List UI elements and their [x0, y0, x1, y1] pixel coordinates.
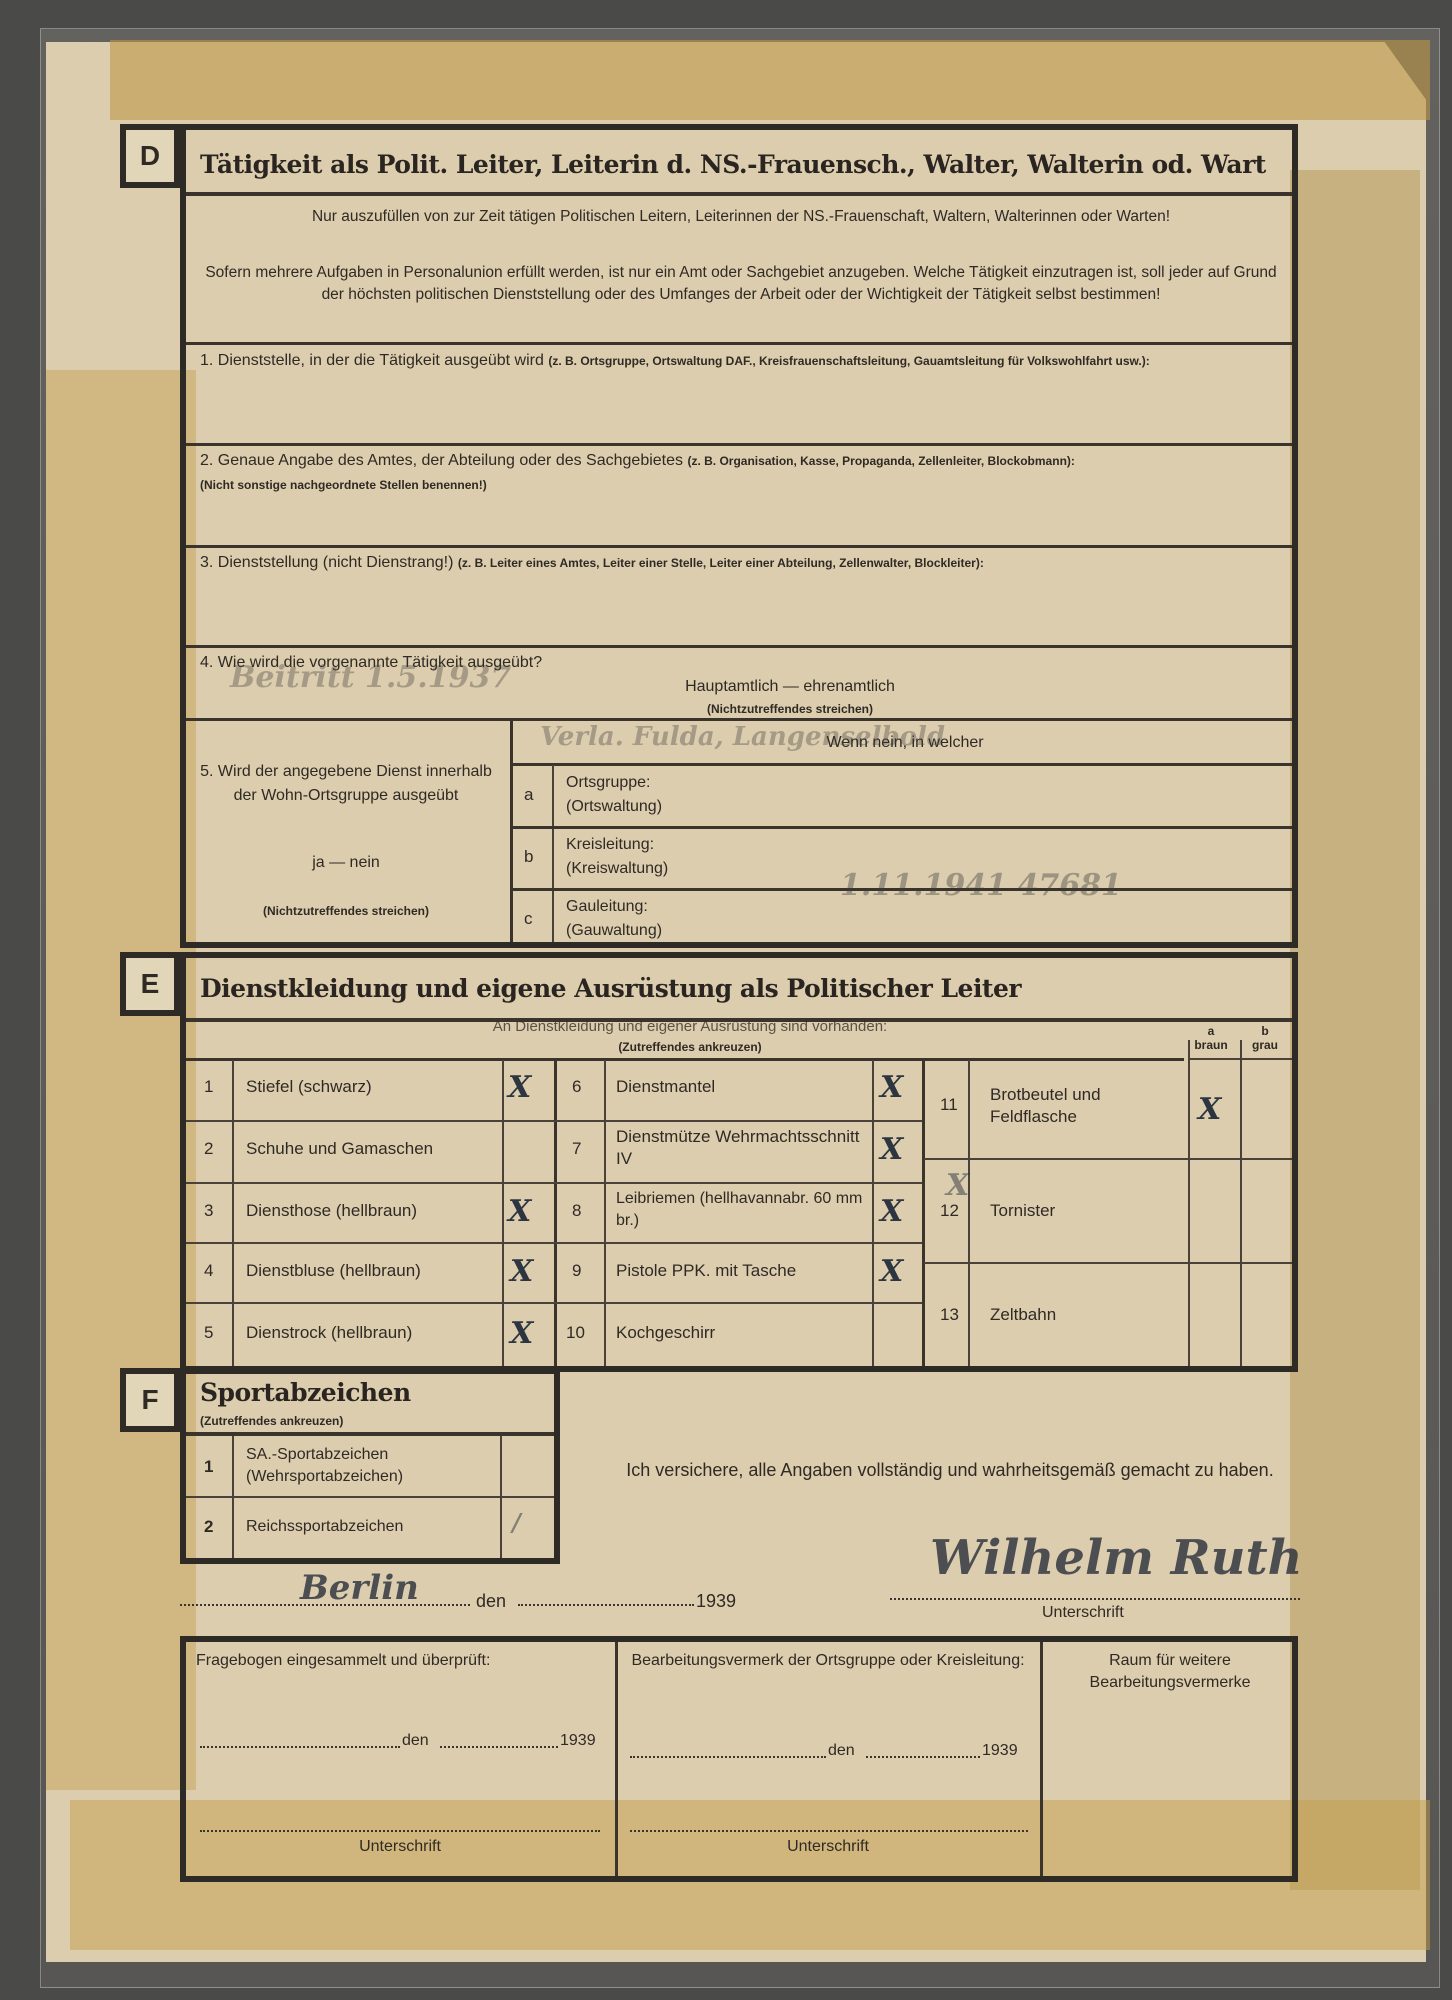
- divider: [502, 1060, 504, 1366]
- item-label: Tornister: [990, 1200, 1055, 1222]
- item-label: Zeltbahn: [990, 1304, 1056, 1326]
- col2-date-field[interactable]: [866, 1756, 980, 1758]
- item-label: Leibriemen (hellhavannabr. 60 mm br.): [616, 1188, 872, 1232]
- col2-place-field[interactable]: [630, 1756, 826, 1758]
- den-label: den: [476, 1590, 506, 1612]
- item-number: 5: [204, 1322, 213, 1344]
- processing-col1-title: Fragebogen eingesammelt und überprüft:: [196, 1650, 610, 1672]
- section-d-intro-1: Nur auszufüllen von zur Zeit tätigen Pol…: [196, 206, 1286, 228]
- declaration-text: Ich versichere, alle Angaben vollständig…: [600, 1456, 1300, 1484]
- question-4-options[interactable]: Hauptamtlich — ehrenamtlich: [600, 676, 980, 698]
- col1-year: 1939: [560, 1730, 596, 1752]
- col1-den: den: [402, 1730, 429, 1752]
- divider: [1240, 1040, 1242, 1366]
- col1-place-field[interactable]: [200, 1746, 400, 1748]
- divider: [615, 1642, 618, 1876]
- question-1-hint: (z. B. Ortsgruppe, Ortswaltung DAF., Kre…: [548, 354, 1149, 368]
- item-checkbox[interactable]: [880, 1316, 920, 1352]
- divider: [186, 1120, 922, 1122]
- item-label: Dienstrock (hellbraun): [246, 1322, 412, 1344]
- row-label: Ortsgruppe:: [566, 772, 650, 794]
- divider: [186, 1058, 1184, 1061]
- item-checkbox[interactable]: [506, 1446, 550, 1488]
- question-4-note: (Nichtzutreffendes streichen): [600, 698, 980, 720]
- col1-date-field[interactable]: [440, 1746, 558, 1748]
- col2-den: den: [828, 1740, 855, 1762]
- item-number: 13: [940, 1304, 959, 1326]
- divider: [232, 1060, 234, 1366]
- bleed-through-text-2: Verla. Fulda, Langenselbold: [540, 722, 945, 752]
- item-number: 1: [204, 1456, 213, 1478]
- section-e-note: (Zutreffendes ankreuzen): [200, 1036, 1180, 1058]
- item-number: 9: [572, 1260, 581, 1282]
- item-number: 3: [204, 1200, 213, 1222]
- row-key: b: [524, 846, 533, 868]
- row-key: c: [524, 908, 533, 930]
- item-checkbox[interactable]: X: [510, 1254, 533, 1289]
- divider: [872, 1060, 874, 1366]
- item-number: 8: [572, 1200, 581, 1222]
- item-checkbox-braun[interactable]: [1196, 1296, 1236, 1332]
- section-e-letter: E: [120, 952, 180, 1016]
- item-number: 7: [572, 1138, 581, 1160]
- divider: [186, 1242, 922, 1244]
- question-3-label: 3. Dienststellung (nicht Dienstrang!): [200, 554, 453, 571]
- item-checkbox[interactable]: X: [880, 1194, 903, 1229]
- processing-col2-title: Bearbeitungsvermerk der Ortsgruppe oder …: [622, 1650, 1034, 1672]
- item-checkbox-braun[interactable]: [1192, 1164, 1236, 1258]
- signature-label: Unterschrift: [1042, 1602, 1124, 1624]
- divider: [512, 763, 1292, 766]
- divider: [968, 1060, 970, 1366]
- divider: [186, 645, 1292, 648]
- divider: [922, 1060, 925, 1366]
- col2-signature-label: Unterschrift: [622, 1836, 1034, 1858]
- column-a-key: a: [1188, 1024, 1234, 1038]
- question-5-note: (Nichtzutreffendes streichen): [196, 900, 496, 922]
- divider: [186, 1432, 554, 1436]
- bleed-through-text-3: 1.11.1941 47681: [840, 868, 1122, 903]
- question-3-answer-field[interactable]: [200, 580, 1280, 640]
- divider: [186, 1496, 554, 1498]
- divider: [552, 765, 554, 942]
- signature-handwritten: Wilhelm Ruth: [930, 1530, 1303, 1586]
- item-checkbox[interactable]: X: [880, 1132, 903, 1167]
- item-checkbox[interactable]: X: [508, 1070, 531, 1105]
- question-2-hint: (z. B. Organisation, Kasse, Propaganda, …: [687, 454, 1074, 468]
- item-label: Dienstbluse (hellbraun): [246, 1260, 421, 1282]
- item-number: 12: [940, 1200, 959, 1222]
- section-d-title: Tätigkeit als Polit. Leiter, Leiterin d.…: [200, 150, 1266, 179]
- item-number: 10: [566, 1322, 585, 1344]
- item-number: 2: [204, 1516, 213, 1538]
- item-label: Reichssportabzeichen: [246, 1516, 403, 1538]
- question-3: 3. Dienststellung (nicht Dienstrang!) (z…: [200, 552, 1280, 574]
- row-label: Gauleitung:: [566, 896, 648, 918]
- signature-field[interactable]: [890, 1598, 1300, 1600]
- divider: [1188, 1040, 1190, 1366]
- ortsgruppe-field[interactable]: [720, 768, 1290, 824]
- item-number: 2: [204, 1138, 213, 1160]
- divider: [924, 1262, 1292, 1264]
- bleed-through-text-1: Beitritt 1.5.1937: [230, 660, 511, 695]
- questionnaire-form: D Tätigkeit als Polit. Leiter, Leiterin …: [0, 0, 1452, 2000]
- question-5-label: 5. Wird der angegebene Dienst innerhalb …: [196, 760, 496, 808]
- question-1-label: 1. Dienststelle, in der die Tätigkeit au…: [200, 352, 544, 369]
- item-checkbox[interactable]: /: [512, 1508, 521, 1537]
- year-label: 1939: [696, 1590, 736, 1612]
- section-e-subtitle: An Dienstkleidung und eigener Ausrüstung…: [200, 1018, 1180, 1036]
- divider: [186, 718, 1292, 721]
- divider: [554, 1060, 557, 1366]
- date-field[interactable]: [518, 1604, 694, 1606]
- divider: [186, 443, 1292, 446]
- item-label: SA.-Sportabzeichen (Wehrsportabzeichen): [246, 1444, 496, 1488]
- question-5-options[interactable]: ja — nein: [196, 852, 496, 874]
- processing-col3-title: Raum für weitere Bearbeitungsvermerke: [1048, 1650, 1292, 1694]
- item-label: Dienstmütze Wehrmachtsschnitt IV: [616, 1126, 866, 1170]
- question-2-answer-field[interactable]: [200, 498, 1280, 540]
- item-mark: X: [946, 1168, 969, 1203]
- item-label: Kochgeschirr: [616, 1322, 715, 1344]
- item-checkbox[interactable]: [508, 1132, 548, 1168]
- item-label: Diensthose (hellbraun): [246, 1200, 417, 1222]
- item-label: Stiefel (schwarz): [246, 1076, 372, 1098]
- row-label: Kreisleitung:: [566, 834, 654, 856]
- col2-signature-field[interactable]: [630, 1830, 1028, 1832]
- notes-field[interactable]: [1050, 1700, 1290, 1870]
- row-sub: (Kreiswaltung): [566, 858, 668, 880]
- item-checkbox-grau[interactable]: [1250, 1092, 1286, 1128]
- divider: [186, 545, 1292, 548]
- section-f-letter: F: [120, 1368, 180, 1432]
- item-label: Dienstmantel: [616, 1076, 715, 1098]
- question-2-label: 2. Genaue Angabe des Amtes, der Abteilun…: [200, 452, 683, 469]
- column-b-key: b: [1240, 1024, 1290, 1038]
- item-checkbox[interactable]: X: [510, 1316, 533, 1351]
- item-number: 1: [204, 1076, 213, 1098]
- divider: [1040, 1642, 1043, 1876]
- item-checkbox-braun[interactable]: X: [1198, 1092, 1221, 1127]
- col1-signature-label: Unterschrift: [190, 1836, 610, 1858]
- section-letter-text: D: [140, 140, 160, 172]
- divider: [604, 1060, 606, 1366]
- item-checkbox-grau[interactable]: [1244, 1164, 1288, 1258]
- col1-signature-field[interactable]: [200, 1830, 600, 1832]
- item-checkbox[interactable]: X: [880, 1070, 903, 1105]
- divider: [924, 1158, 1292, 1160]
- question-2: 2. Genaue Angabe des Amtes, der Abteilun…: [200, 450, 1280, 472]
- column-a-header: a braun: [1188, 1024, 1234, 1052]
- question-3-hint: (z. B. Leiter eines Amtes, Leiter einer …: [458, 556, 984, 570]
- item-number: 11: [940, 1094, 958, 1116]
- col2-year: 1939: [982, 1740, 1018, 1762]
- divider: [186, 1302, 922, 1304]
- item-checkbox[interactable]: X: [880, 1254, 903, 1289]
- row-key: a: [524, 784, 533, 806]
- section-d-intro-2: Sofern mehrere Aufgaben in Personalunion…: [196, 262, 1286, 306]
- divider: [512, 826, 1292, 829]
- column-b-label: grau: [1240, 1038, 1290, 1052]
- item-checkbox[interactable]: X: [508, 1194, 531, 1229]
- section-e-title: Dienstkleidung und eigene Ausrüstung als…: [200, 974, 1021, 1003]
- question-1-answer-field[interactable]: [200, 394, 1280, 438]
- divider: [186, 192, 1292, 196]
- question-1: 1. Dienststelle, in der die Tätigkeit au…: [200, 350, 1280, 372]
- column-a-label: braun: [1188, 1038, 1234, 1052]
- item-number: 6: [572, 1076, 581, 1098]
- column-b-header: b grau: [1240, 1024, 1290, 1052]
- question-2-note: (Nicht sonstige nachgeordnete Stellen be…: [200, 474, 487, 496]
- divider: [186, 1182, 922, 1184]
- row-sub: (Gauwaltung): [566, 920, 662, 942]
- divider: [510, 720, 513, 942]
- item-label: Schuhe und Gamaschen: [246, 1138, 433, 1160]
- item-label: Brotbeutel und Feldflasche: [990, 1084, 1180, 1128]
- place-handwritten: Berlin: [300, 1568, 419, 1608]
- section-letter-text: F: [141, 1384, 158, 1416]
- divider: [186, 342, 1292, 345]
- item-label: Pistole PPK. mit Tasche: [616, 1260, 796, 1282]
- section-letter-text: E: [141, 968, 160, 1000]
- item-checkbox-grau[interactable]: [1248, 1296, 1288, 1332]
- section-f-title: Sportabzeichen: [200, 1378, 411, 1407]
- item-number: 4: [204, 1260, 213, 1282]
- row-sub: (Ortswaltung): [566, 796, 662, 818]
- section-d-letter: D: [120, 124, 180, 188]
- section-f-note: (Zutreffendes ankreuzen): [200, 1410, 343, 1432]
